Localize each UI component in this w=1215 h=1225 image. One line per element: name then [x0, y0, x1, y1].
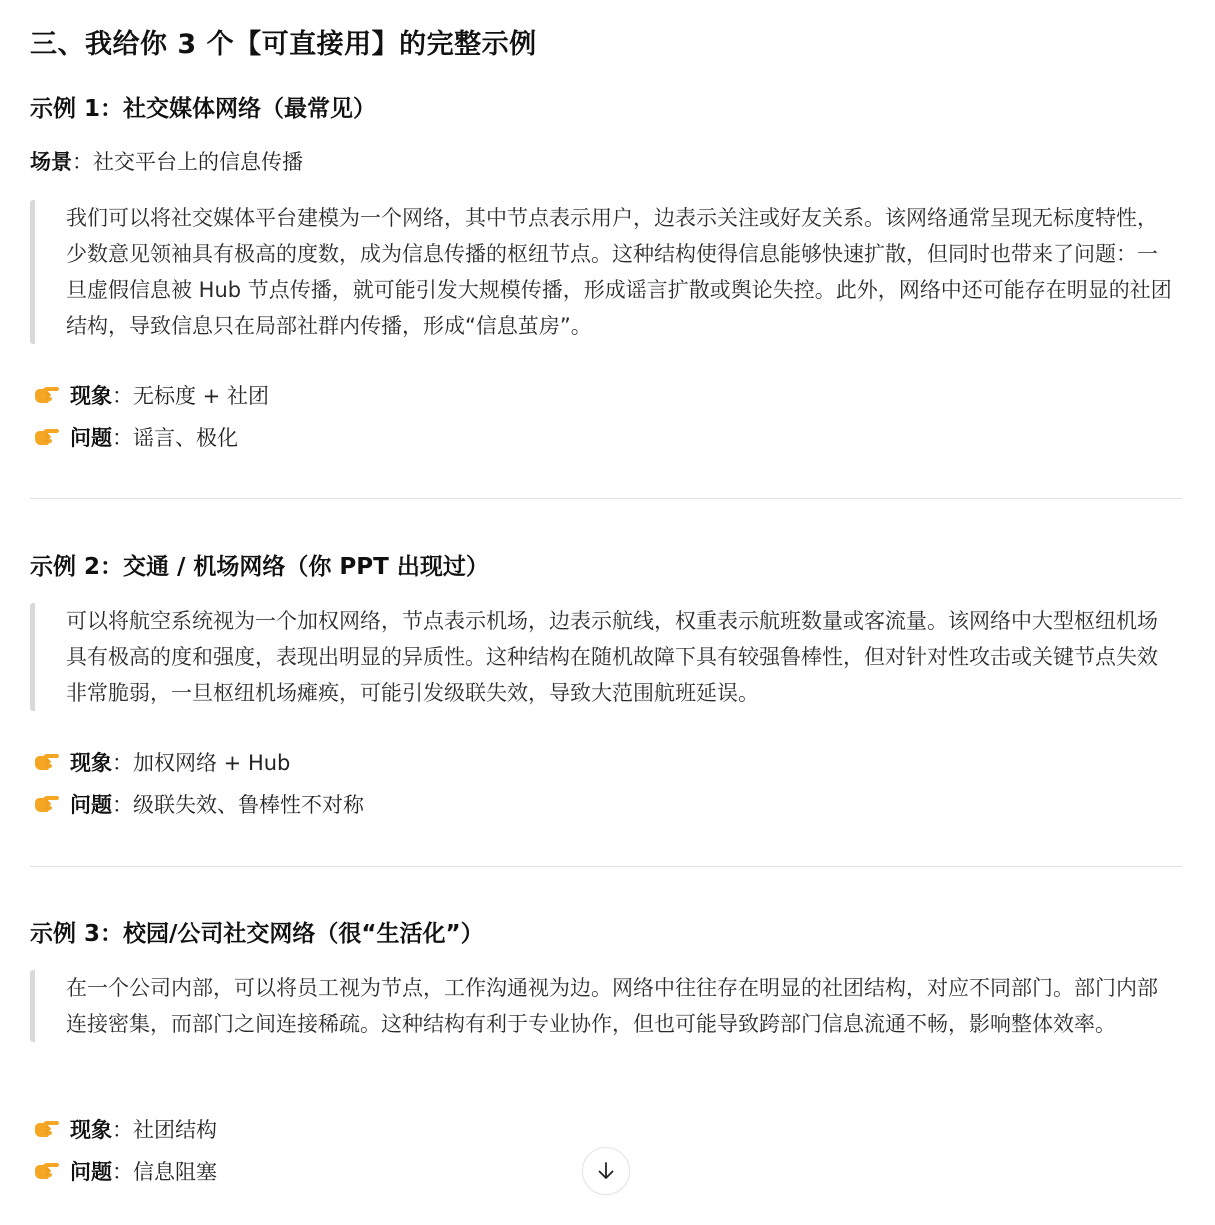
example-3-bullets: 现象：社团结构 问题：信息阻塞 — [32, 1108, 217, 1192]
bullet-text: 信息阻塞 — [133, 1156, 217, 1186]
bullet-text: 无标度 + 社团 — [133, 380, 269, 410]
example-1-title: 示例 1：社交媒体网络（最常见） — [30, 90, 376, 123]
scene-separator: ： — [72, 150, 93, 174]
bullet-problem: 问题：信息阻塞 — [32, 1150, 217, 1192]
section-title: 三、我给你 3 个【可直接用】的完整示例 — [30, 22, 537, 61]
bullet-label: 问题 — [70, 1156, 112, 1186]
bullet-phenomenon: 现象：社团结构 — [32, 1108, 217, 1150]
bullet-label: 现象 — [70, 380, 112, 410]
pointing-hand-icon — [32, 752, 60, 772]
bullet-text: 社团结构 — [133, 1114, 217, 1144]
example-2-title: 示例 2：交通 / 机场网络（你 PPT 出现过） — [30, 548, 489, 581]
bullet-separator: ： — [112, 380, 133, 410]
example-1-quote: 我们可以将社交媒体平台建模为一个网络，其中节点表示用户，边表示关注或好友关系。该… — [30, 200, 1185, 344]
bullet-label: 现象 — [70, 747, 112, 777]
pointing-hand-icon — [32, 385, 60, 405]
chat-message-content: 三、我给你 3 个【可直接用】的完整示例 示例 1：社交媒体网络（最常见） 场景… — [0, 0, 1215, 1225]
bullet-problem: 问题：级联失效、鲁棒性不对称 — [32, 783, 364, 825]
bullet-separator: ： — [112, 422, 133, 452]
bullet-phenomenon: 现象：无标度 + 社团 — [32, 374, 269, 416]
scene-label: 场景 — [30, 150, 72, 174]
pointing-hand-icon — [32, 1119, 60, 1139]
bullet-separator: ： — [112, 1156, 133, 1186]
bullet-text: 级联失效、鲁棒性不对称 — [133, 789, 364, 819]
bullet-text: 谣言、极化 — [133, 422, 238, 452]
pointing-hand-icon — [32, 427, 60, 447]
bullet-label: 问题 — [70, 789, 112, 819]
bullet-phenomenon: 现象：加权网络 + Hub — [32, 741, 364, 783]
arrow-down-icon — [595, 1160, 617, 1182]
pointing-hand-icon — [32, 794, 60, 814]
bullet-problem: 问题：谣言、极化 — [32, 416, 269, 458]
scene-text: 社交平台上的信息传播 — [93, 150, 303, 174]
example-2-quote: 可以将航空系统视为一个加权网络，节点表示机场，边表示航线，权重表示航班数量或客流… — [30, 603, 1185, 711]
bullet-label: 问题 — [70, 422, 112, 452]
example-3-title: 示例 3：校园/公司社交网络（很“生活化”） — [30, 915, 484, 948]
bullet-separator: ： — [112, 1114, 133, 1144]
example-3-quote: 在一个公司内部，可以将员工视为节点，工作沟通视为边。网络中往往存在明显的社团结构… — [30, 970, 1185, 1042]
example-2-bullets: 现象：加权网络 + Hub 问题：级联失效、鲁棒性不对称 — [32, 741, 364, 825]
bullet-text: 加权网络 + Hub — [133, 747, 290, 777]
divider — [30, 866, 1182, 867]
divider — [30, 498, 1182, 499]
bullet-label: 现象 — [70, 1114, 112, 1144]
example-1-bullets: 现象：无标度 + 社团 问题：谣言、极化 — [32, 374, 269, 458]
bullet-separator: ： — [112, 747, 133, 777]
pointing-hand-icon — [32, 1161, 60, 1181]
example-1-scene: 场景：社交平台上的信息传播 — [30, 146, 303, 176]
bullet-separator: ： — [112, 789, 133, 819]
scroll-to-bottom-button[interactable] — [582, 1147, 630, 1195]
